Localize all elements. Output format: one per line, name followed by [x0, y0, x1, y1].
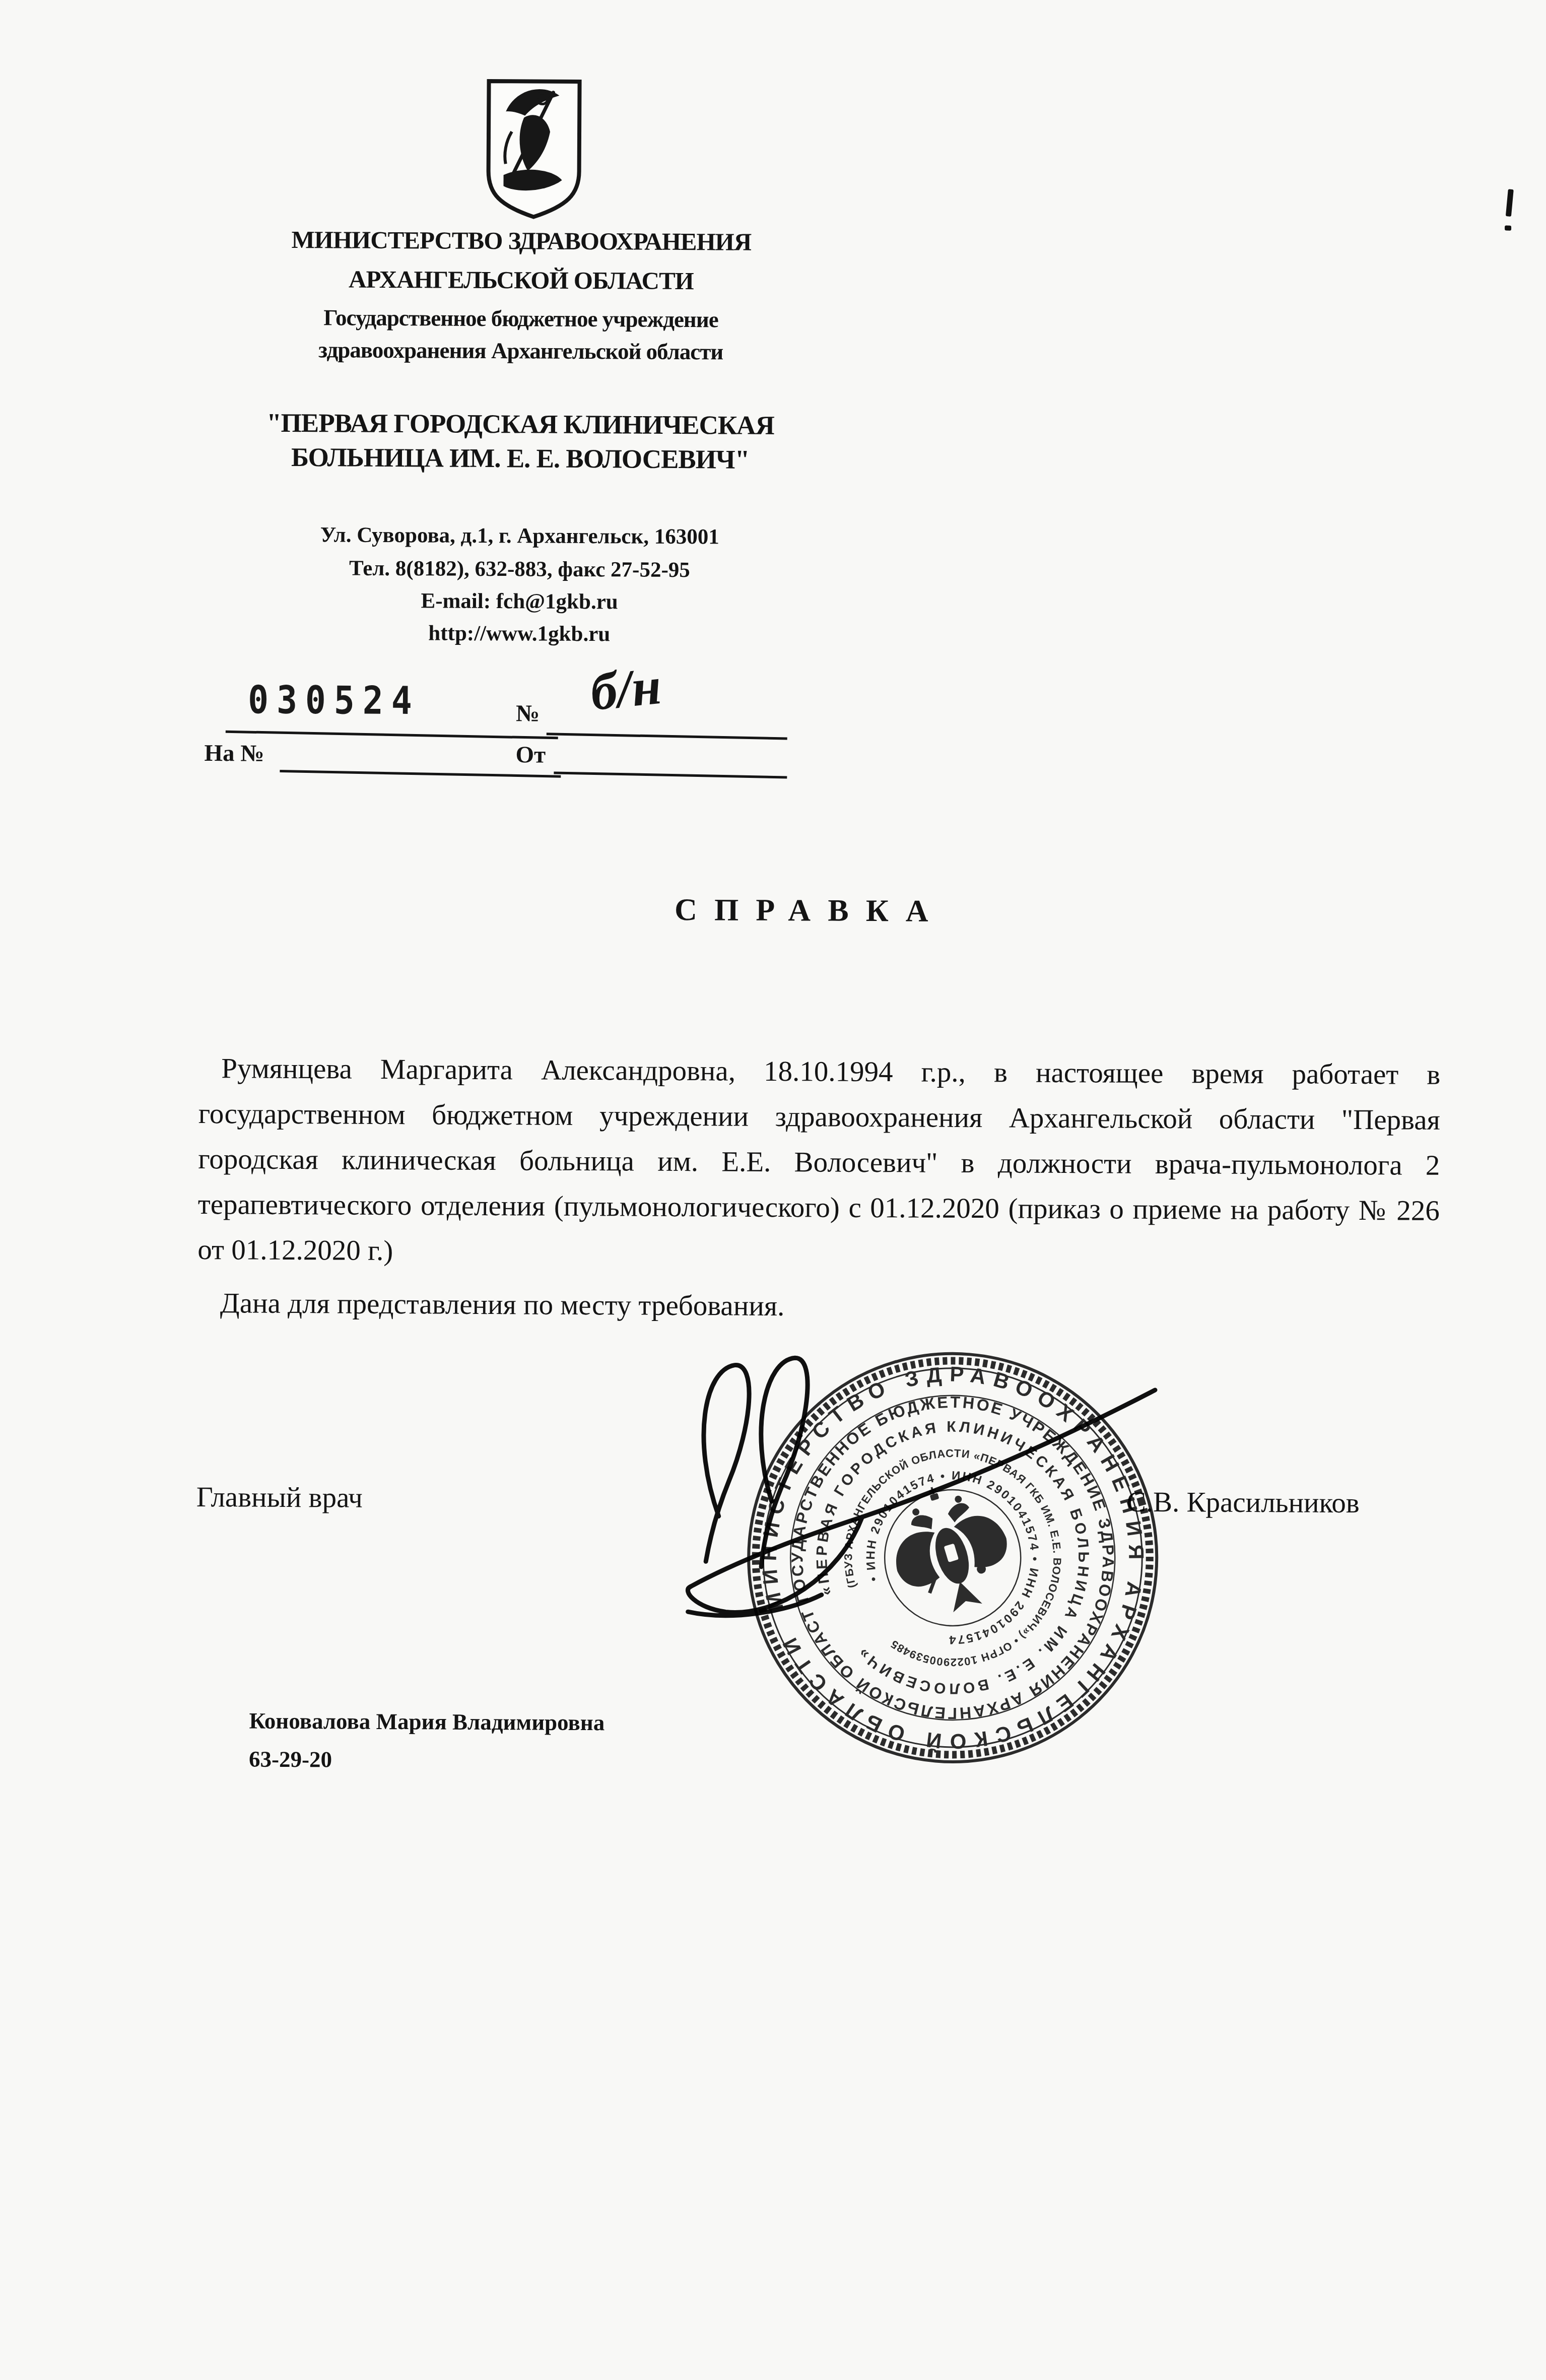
document-title: СПРАВКА: [573, 892, 1047, 930]
from-line: [554, 771, 787, 778]
hospital-name-line2: БОЛЬНИЦА ИМ. Е. Е. ВОЛОСЕВИЧ": [153, 443, 888, 475]
org-website: http://www.1gkb.ru: [152, 620, 887, 648]
body-text: Румянцева Маргарита Александровна, 18.10…: [197, 1046, 1441, 1333]
outgoing-date-stamp: 030524: [248, 678, 420, 723]
arkhangelsk-coat-of-arms-icon: [481, 75, 587, 222]
body-paragraph: Румянцева Маргарита Александровна, 18.10…: [197, 1046, 1440, 1279]
reply-to-label: На №: [204, 740, 264, 767]
ministry-name-line2: АРХАНГЕЛЬСКОЙ ОБЛАСТИ: [153, 266, 889, 295]
outgoing-number-line: [226, 731, 558, 740]
purpose-line: Дана для представления по месту требован…: [197, 1281, 1439, 1333]
number-value-handwritten: б/н: [588, 655, 664, 722]
number-label: №: [516, 700, 540, 727]
org-type-line2: здравоохранения Архангельской области: [153, 338, 889, 365]
document-page: МИНИСТЕРСТВО ЗДРАВООХРАНЕНИЯ АРХАНГЕЛЬСК…: [0, 0, 1546, 2380]
org-type-line1: Государственное бюджетное учреждение: [153, 305, 889, 333]
ministry-name-line1: МИНИСТЕРСТВО ЗДРАВООХРАНЕНИЯ: [154, 226, 889, 256]
org-email: E-mail: fch@1gkb.ru: [152, 587, 887, 616]
signer-position: Главный врач: [196, 1481, 363, 1514]
hospital-name-line1: "ПЕРВАЯ ГОРОДСКАЯ КЛИНИЧЕСКАЯ: [153, 409, 888, 441]
scan-artifact-dot: [1505, 226, 1511, 231]
number-value-line: [547, 733, 787, 740]
org-phone-fax: Тел. 8(8182), 632-883, факс 27-52-95: [152, 555, 887, 584]
scan-artifact-dash: [1506, 189, 1514, 217]
executor-phone: 63-29-20: [249, 1740, 332, 1779]
handwritten-signature: [670, 1350, 1175, 1634]
from-label: От: [515, 741, 546, 768]
reply-to-line: [280, 770, 561, 778]
executor-name: Коновалова Мария Владимировна: [249, 1701, 604, 1743]
org-address: Ул. Суворова, д.1, г. Архангельск, 16300…: [152, 522, 888, 551]
